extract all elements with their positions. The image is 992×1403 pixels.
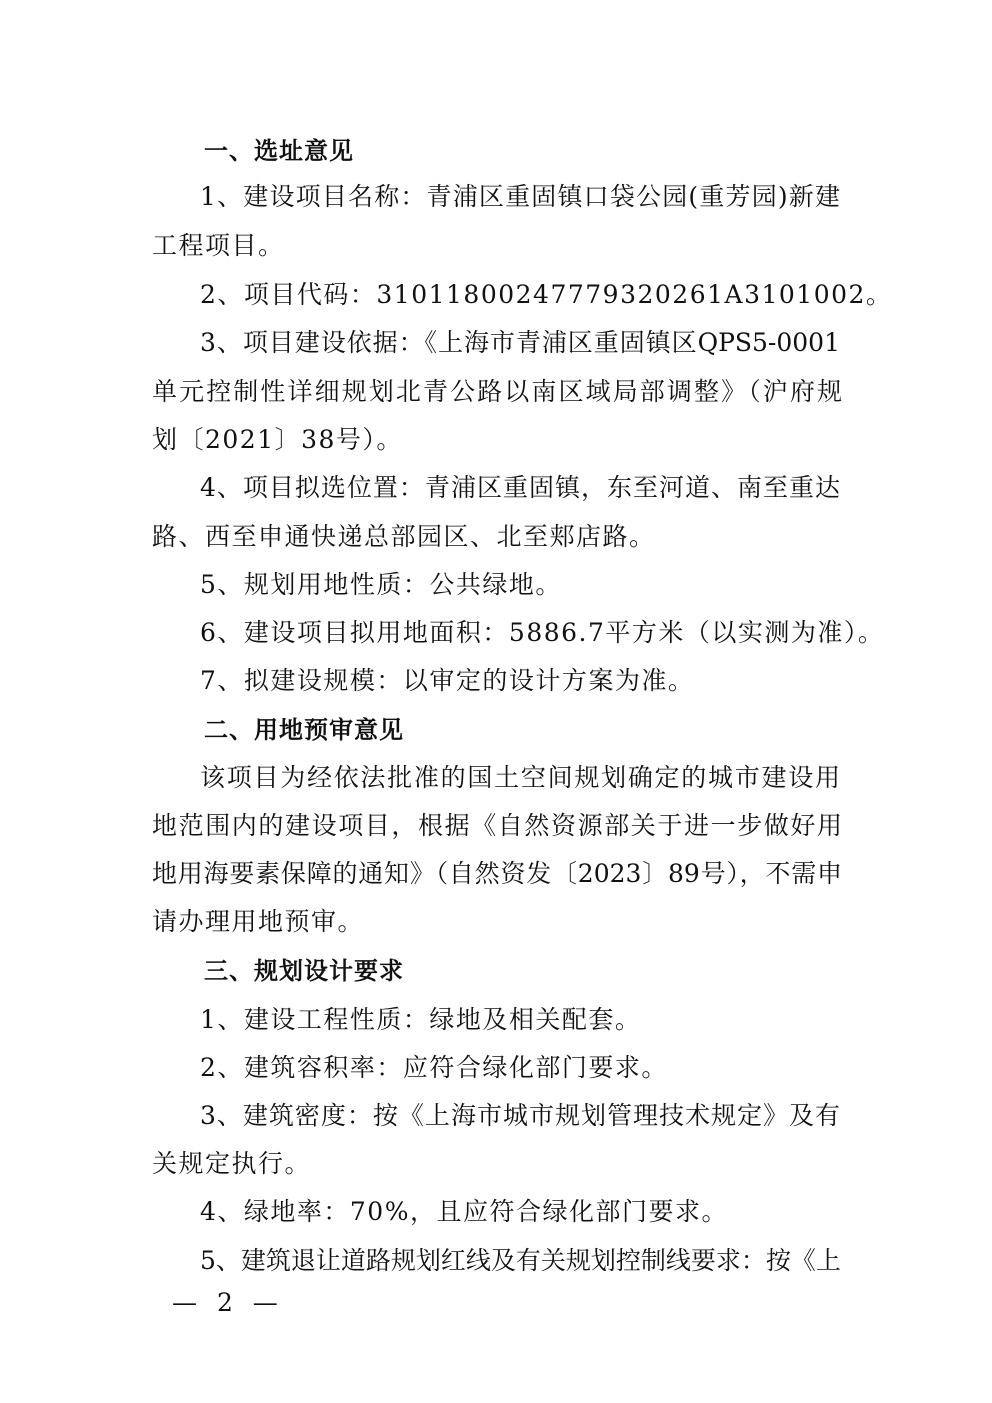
item-project-basis: 3、项目建设依据：《上海市青浦区重固镇区QPS5-0001 (200, 328, 840, 358)
item-project-basis-cont2: 划〔2021〕38号）。 (152, 425, 842, 455)
paragraph-line: 地范围内的建设项目，根据《自然资源部关于进一步做好用 (152, 811, 842, 841)
item-project-code: 2、项目代码：31011800247779320261A3101002。 (200, 280, 840, 310)
section-heading-site-selection: 一、选址意见 (204, 136, 894, 166)
item-scale: 7、拟建设规模：以审定的设计方案为准。 (200, 666, 840, 696)
item-land-area: 6、建设项目拟用地面积：5886.7平方米（以实测为准）。 (200, 618, 840, 648)
item-building-density: 3、建筑密度：按《上海市城市规划管理技术规定》及有 (200, 1101, 840, 1131)
paragraph-line: 地用海要素保障的通知》（自然资发〔2023〕89号），不需申 (152, 859, 842, 889)
item-plot-ratio: 2、建筑容积率：应符合绿化部门要求。 (200, 1053, 840, 1083)
item-project-location-cont: 路、西至申通快递总部园区、北至郏店路。 (152, 522, 842, 552)
item-project-name: 1、建设项目名称：青浦区重固镇口袋公园(重芳园)新建 (200, 182, 840, 212)
item-project-location: 4、项目拟选位置：青浦区重固镇，东至河道、南至重达 (200, 473, 840, 503)
paragraph-line: 该项目为经依法批准的国土空间规划确定的城市建设用 (200, 763, 840, 793)
section-heading-planning-design: 三、规划设计要求 (204, 956, 894, 986)
paragraph-line: 请办理用地预审。 (152, 907, 842, 937)
item-setback: 5、建筑退让道路规划红线及有关规划控制线要求：按《上 (200, 1246, 840, 1276)
item-green-ratio: 4、绿地率：70%，且应符合绿化部门要求。 (200, 1197, 840, 1227)
item-project-basis-cont: 单元控制性详细规划北青公路以南区域局部调整》（沪府规 (152, 377, 842, 407)
page-number: — 2 — (172, 1288, 284, 1318)
item-engineering-nature: 1、建设工程性质：绿地及相关配套。 (200, 1005, 840, 1035)
item-project-name-cont: 工程项目。 (152, 231, 842, 261)
section-heading-land-pre-review: 二、用地预审意见 (204, 715, 894, 745)
item-land-use: 5、规划用地性质：公共绿地。 (200, 570, 840, 600)
item-building-density-cont: 关规定执行。 (152, 1149, 842, 1179)
